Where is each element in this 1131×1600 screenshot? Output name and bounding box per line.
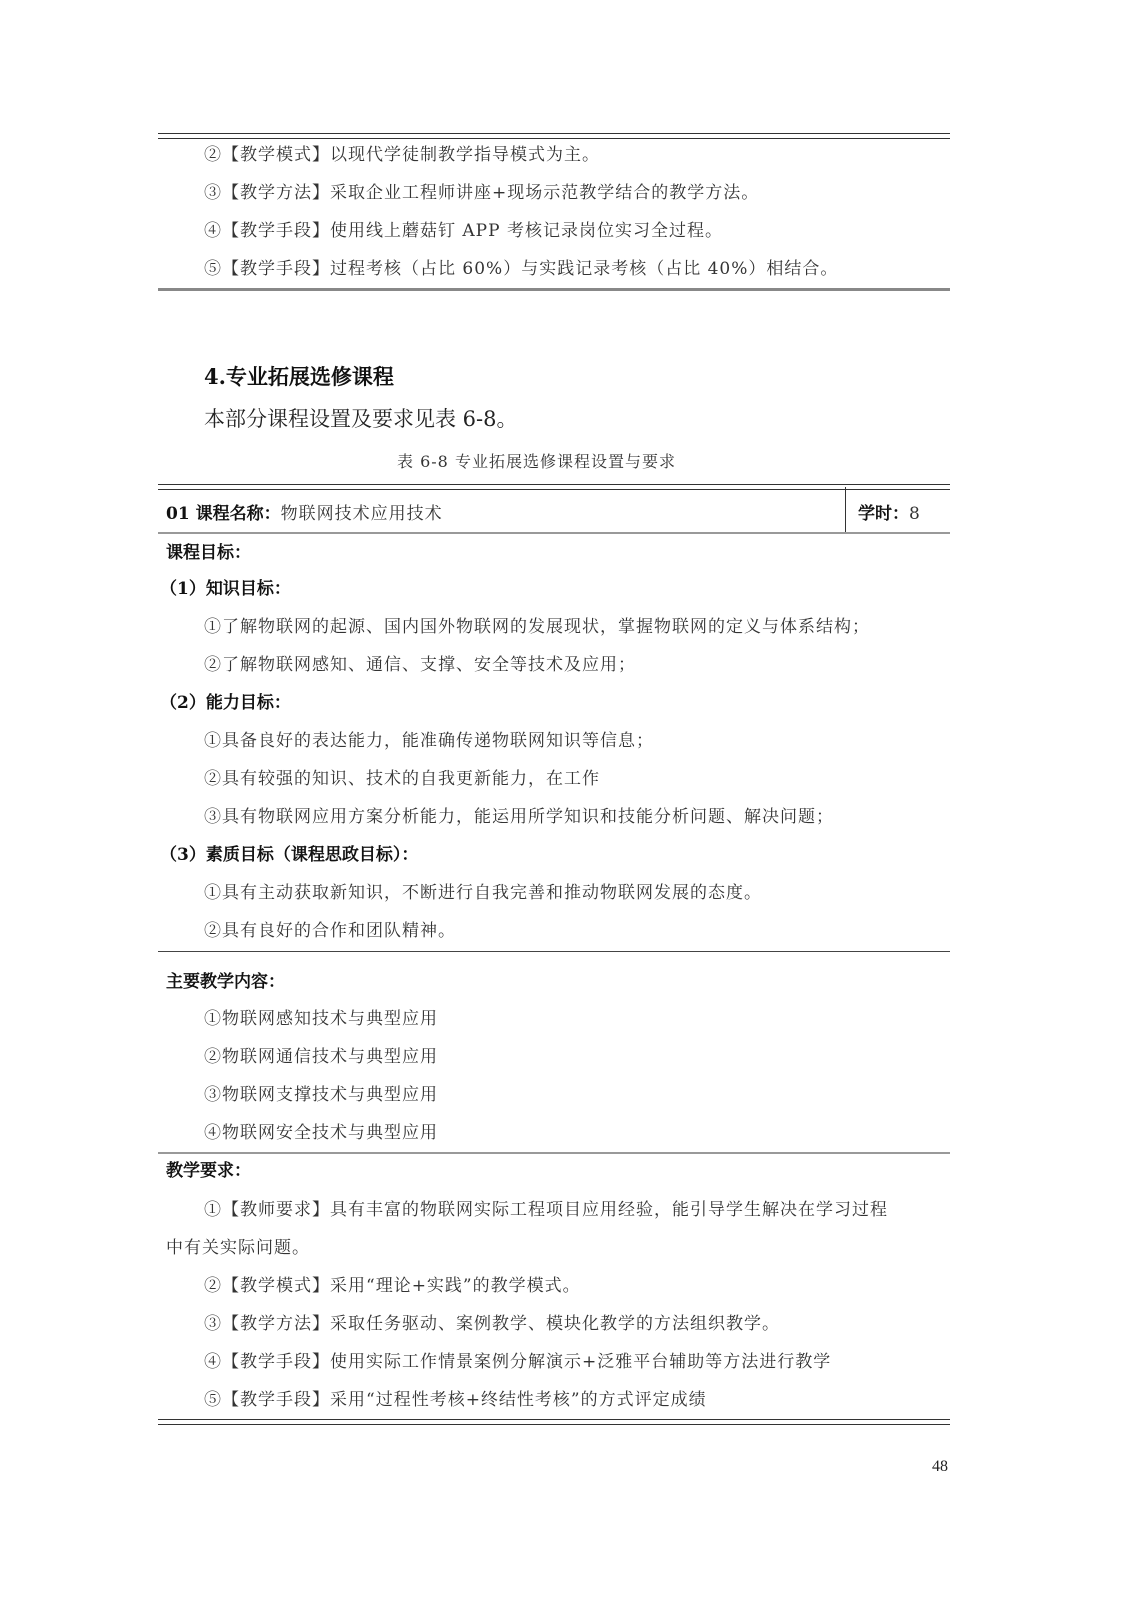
page-number: 48 xyxy=(932,1458,948,1476)
course-hours: 学时：8 xyxy=(858,499,920,524)
requirement-item-5: ⑤【教学手段】采用“过程性考核+终结性考核”的方式评定成绩 xyxy=(204,1385,707,1410)
requirements-title: 教学要求： xyxy=(166,1156,251,1181)
content-item-3: ③物联网支撑技术与典型应用 xyxy=(204,1080,438,1105)
ability-item-2: ②具有较强的知识、技术的自我更新能力，在工作 xyxy=(204,764,600,789)
row-divider xyxy=(158,951,950,952)
ability-item-1: ①具备良好的表达能力，能准确传递物联网知识等信息； xyxy=(204,726,654,751)
knowledge-item-1: ①了解物联网的起源、国内国外物联网的发展现状，掌握物联网的定义与体系结构； xyxy=(204,612,870,637)
requirement-item-2: ②【教学模式】采用“理论+实践”的教学模式。 xyxy=(204,1271,581,1296)
table-top-border xyxy=(158,133,950,139)
row-divider xyxy=(158,1152,950,1154)
table-bottom-border xyxy=(158,288,950,291)
quality-item-1: ①具有主动获取新知识，不断进行自我完善和推动物联网发展的态度。 xyxy=(204,878,762,903)
course-name-label: 01 课程名称： xyxy=(166,504,281,524)
requirement-item-1-line-2: 中有关实际问题。 xyxy=(166,1233,310,1258)
requirement-item-3: ③【教学方法】采取任务驱动、案例教学、模块化教学的方法组织教学。 xyxy=(204,1309,780,1334)
knowledge-title: （1）知识目标： xyxy=(160,574,291,599)
prev-item-3: ③【教学方法】采取企业工程师讲座+现场示范教学结合的教学方法。 xyxy=(204,178,759,203)
course-name-value: 物联网技术应用技术 xyxy=(281,504,443,524)
prev-item-2: ②【教学模式】以现代学徒制教学指导模式为主。 xyxy=(204,140,600,165)
course-name-row: 01 课程名称：物联网技术应用技术 xyxy=(166,499,443,524)
objectives-title: 课程目标： xyxy=(166,538,251,563)
quality-title: （3）素质目标（课程思政目标）： xyxy=(160,840,418,865)
prev-item-5: ⑤【教学手段】过程考核（占比 60%）与实践记录考核（占比 40%）相结合。 xyxy=(204,254,838,279)
ability-item-3: ③具有物联网应用方案分析能力，能运用所学知识和技能分析问题、解决问题； xyxy=(204,802,834,827)
content-title: 主要教学内容： xyxy=(166,967,285,992)
ability-title: （2）能力目标： xyxy=(160,688,291,713)
knowledge-item-2: ②了解物联网感知、通信、支撑、安全等技术及应用； xyxy=(204,650,636,675)
hours-value: 8 xyxy=(909,504,920,524)
section-intro: 本部分课程设置及要求见表 6-8。 xyxy=(204,403,518,433)
table-top-border xyxy=(158,484,950,490)
table-bottom-border xyxy=(158,1419,950,1425)
content-item-2: ②物联网通信技术与典型应用 xyxy=(204,1042,438,1067)
requirement-item-1-line-1: ①【教师要求】具有丰富的物联网实际工程项目应用经验，能引导学生解决在学习过程 xyxy=(204,1195,888,1220)
prev-item-4: ④【教学手段】使用线上蘑菇钉 APP 考核记录岗位实习全过程。 xyxy=(204,216,723,241)
section-heading: 4.专业拓展选修课程 xyxy=(204,361,394,391)
cell-divider xyxy=(845,487,846,533)
hours-label: 学时： xyxy=(858,504,909,524)
quality-item-2: ②具有良好的合作和团队精神。 xyxy=(204,916,456,941)
requirement-item-4: ④【教学手段】使用实际工作情景案例分解演示+泛雅平台辅助等方法进行教学 xyxy=(204,1347,831,1372)
row-divider xyxy=(158,532,950,534)
content-item-1: ①物联网感知技术与典型应用 xyxy=(204,1004,438,1029)
content-item-4: ④物联网安全技术与典型应用 xyxy=(204,1118,438,1143)
table-caption: 表 6-8 专业拓展选修课程设置与要求 xyxy=(397,449,676,472)
